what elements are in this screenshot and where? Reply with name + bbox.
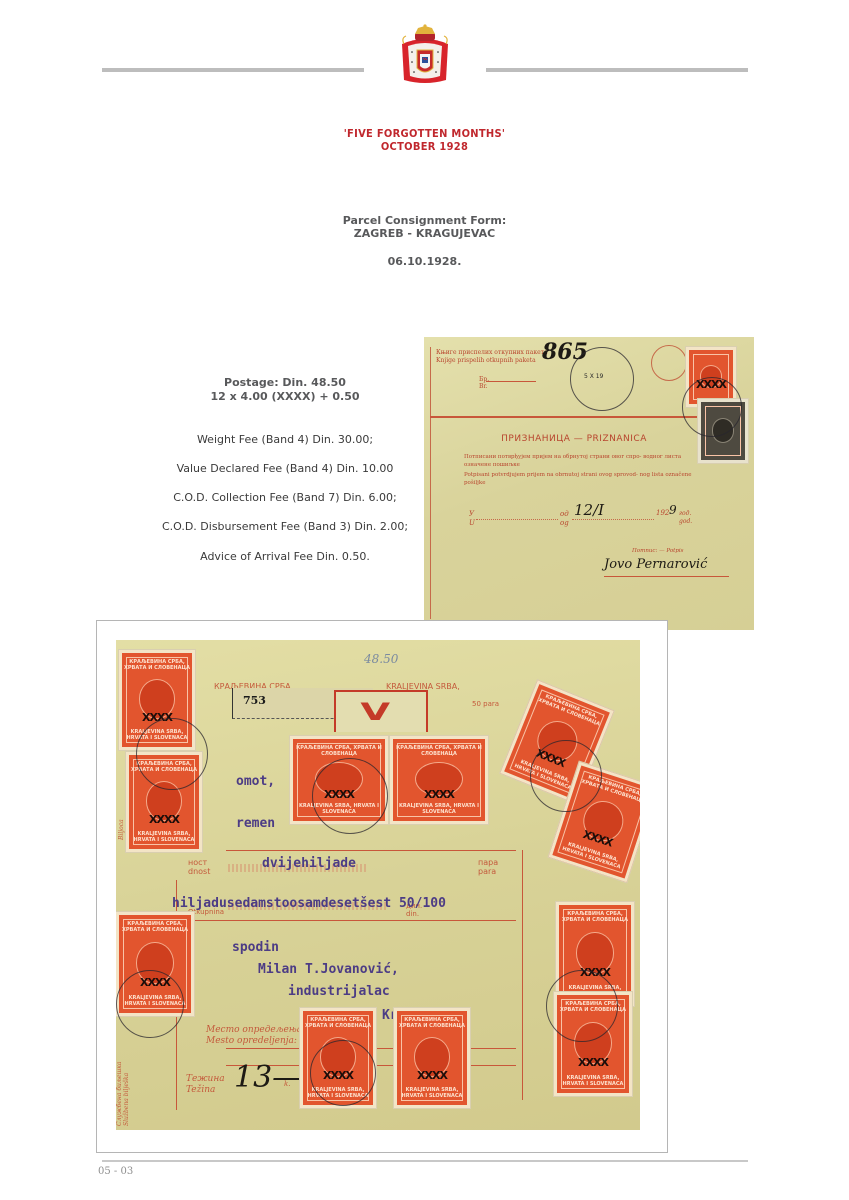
- margin-line: [430, 347, 431, 619]
- date-field-line: [572, 519, 654, 521]
- stamp-4d-overprinted: КРАЉЕВИНА СРБА, ХРВАТА И СЛОВЕНАЦАXXXXKR…: [394, 1008, 470, 1108]
- dest-cyr: Место опредељења:: [206, 1025, 305, 1036]
- year-cyr: год.: [679, 510, 692, 518]
- value-lat: dnost: [188, 867, 210, 876]
- year-prefix: 192: [656, 509, 669, 517]
- register-label-cyr: Књиге приспелих откупних пакета: [436, 349, 548, 357]
- receipt-card-image: Књиге приспелих откупних пакета Knjige p…: [424, 337, 754, 630]
- stamp-4d-overprinted: КРАЉЕВИНА СРБА, ХРВАТА И СЛОВЕНАЦАXXXXKR…: [390, 736, 488, 824]
- number-field-label: Бр. Br.: [479, 376, 489, 390]
- item-description: Parcel Consignment Form:: [0, 214, 849, 227]
- weight-lat: Težina: [186, 1085, 225, 1096]
- fee-line: Value Declared Fee (Band 4) Din. 10.00: [140, 462, 430, 476]
- fee-line: Weight Fee (Band 4) Din. 30.00;: [140, 433, 430, 447]
- receipt-body-cyr: Потписани потврђујем пријем на обрнутој …: [464, 453, 704, 469]
- card-price: 50 para: [472, 700, 499, 708]
- exhibit-title: 'FIVE FORGOTTEN MONTHS': [0, 127, 849, 140]
- footer-rule: [102, 1160, 748, 1162]
- signature-label: Потпис: — Potpis: [632, 548, 683, 554]
- header-rule-right: [486, 68, 748, 72]
- postmark-circle: [546, 970, 618, 1042]
- destination-label: Место опредељења:Mesto opredeljenja:: [206, 1025, 305, 1047]
- label-number: 753: [243, 694, 266, 707]
- exhibit-subtitle: OCTOBER 1928: [0, 140, 849, 153]
- value-label-field: ностdnost: [188, 858, 210, 876]
- postmark-date: 5 X 19: [584, 373, 603, 380]
- para-label: параpara: [478, 858, 498, 876]
- official-note-side-label: Службена биљешкаSlužbena bilješka: [116, 1062, 130, 1126]
- receipt-heading: ПРИЗНАНИЦА — PRIZNANICA: [424, 434, 724, 444]
- fee-line: C.O.D. Collection Fee (Band 7) Din. 6.00…: [140, 491, 430, 505]
- form-line: [186, 920, 516, 921]
- place-lat: U: [469, 519, 475, 528]
- dest-lat: Mesto opredeljenja:: [206, 1036, 305, 1047]
- postmark-circle: [116, 970, 184, 1038]
- value-cyr: ност: [188, 858, 210, 867]
- postage-composition: 12 x 4.00 (XXXX) + 0.50: [140, 390, 430, 404]
- register-label-lat: Knjige prispelih otkupnih paketa: [436, 357, 548, 365]
- year-suffix: год.god.: [679, 510, 692, 526]
- typed-cod-amount: hiljadusedamstoosamdesetšest 50/100: [172, 896, 446, 911]
- date-lat: og: [560, 519, 569, 528]
- royal-coat-of-arms-icon: [398, 24, 452, 88]
- place-label: УU: [469, 510, 475, 528]
- handwritten-year-digit: 9: [669, 503, 677, 517]
- date-cyr: од: [560, 510, 569, 519]
- typed-value: dvijehiljade: [262, 856, 356, 871]
- weight-cyr: Тежина: [186, 1074, 225, 1085]
- year-lat: god.: [679, 518, 692, 526]
- postmark-circle: [682, 377, 742, 437]
- handwritten-signature: Jovo Pernarović: [604, 557, 707, 572]
- pencil-total: 48.50: [364, 652, 398, 666]
- parcel-card-image: КРАЉЕВИНА СРБА, KRALJEVINA SRBA, 50 para…: [116, 640, 640, 1130]
- fee-breakdown: Postage: Din. 48.50 12 x 4.00 (XXXX) + 0…: [140, 376, 430, 576]
- register-label: Књиге приспелих откупних пакета Knjige p…: [436, 349, 548, 365]
- place-cyr: У: [469, 510, 475, 519]
- handwritten-date: 12/I: [574, 501, 604, 519]
- side-cyr: Службена биљешка: [116, 1062, 123, 1126]
- fee-line: C.O.D. Disbursement Fee (Band 3) Din. 2.…: [140, 520, 430, 534]
- postmark-circle: [312, 758, 388, 834]
- postmark-circle: [310, 1040, 376, 1106]
- signature-line: [604, 576, 729, 577]
- value-label-letter: V: [360, 698, 390, 726]
- page-number: 05 - 03: [98, 1166, 133, 1177]
- typed-occupation: industrijalac: [288, 984, 390, 999]
- header-rule-left: [102, 68, 364, 72]
- place-field-line: [476, 519, 558, 521]
- number-field-line: [486, 381, 536, 382]
- para-cyr: пара: [478, 858, 498, 867]
- stamp-placement-circle: [651, 345, 687, 381]
- sender-side-label: Biljoca: [118, 819, 125, 840]
- din-lat: din.: [406, 910, 422, 918]
- fee-line: Advice of Arrival Fee Din. 0.50.: [140, 550, 430, 564]
- typed-package: omot,: [236, 774, 275, 789]
- handwritten-weight: 13—: [234, 1060, 302, 1095]
- item-route: ZAGREB - KRAGUJEVAC: [0, 227, 849, 240]
- typed-addressee: Milan T.Jovanović,: [258, 962, 399, 977]
- side-lat: Službena bilješka: [123, 1062, 130, 1126]
- form-line: [226, 850, 516, 851]
- para-lat: para: [478, 867, 498, 876]
- br-lat: Br.: [479, 383, 489, 390]
- weight-label: ТежинаTežina: [186, 1074, 225, 1096]
- typed-strap: remen: [236, 816, 275, 831]
- form-line: [522, 850, 523, 1100]
- receipt-body-lat: Potpisani potvrdjujem prijem na obrnutoj…: [464, 471, 704, 487]
- postmark-circle: [530, 740, 602, 812]
- postage-total: Postage: Din. 48.50: [140, 376, 430, 390]
- postmark-circle: [136, 718, 208, 790]
- item-date: 06.10.1928.: [0, 255, 849, 268]
- typed-salutation: spodin: [232, 940, 279, 955]
- date-label: одog: [560, 510, 569, 528]
- value-label: V: [334, 690, 428, 732]
